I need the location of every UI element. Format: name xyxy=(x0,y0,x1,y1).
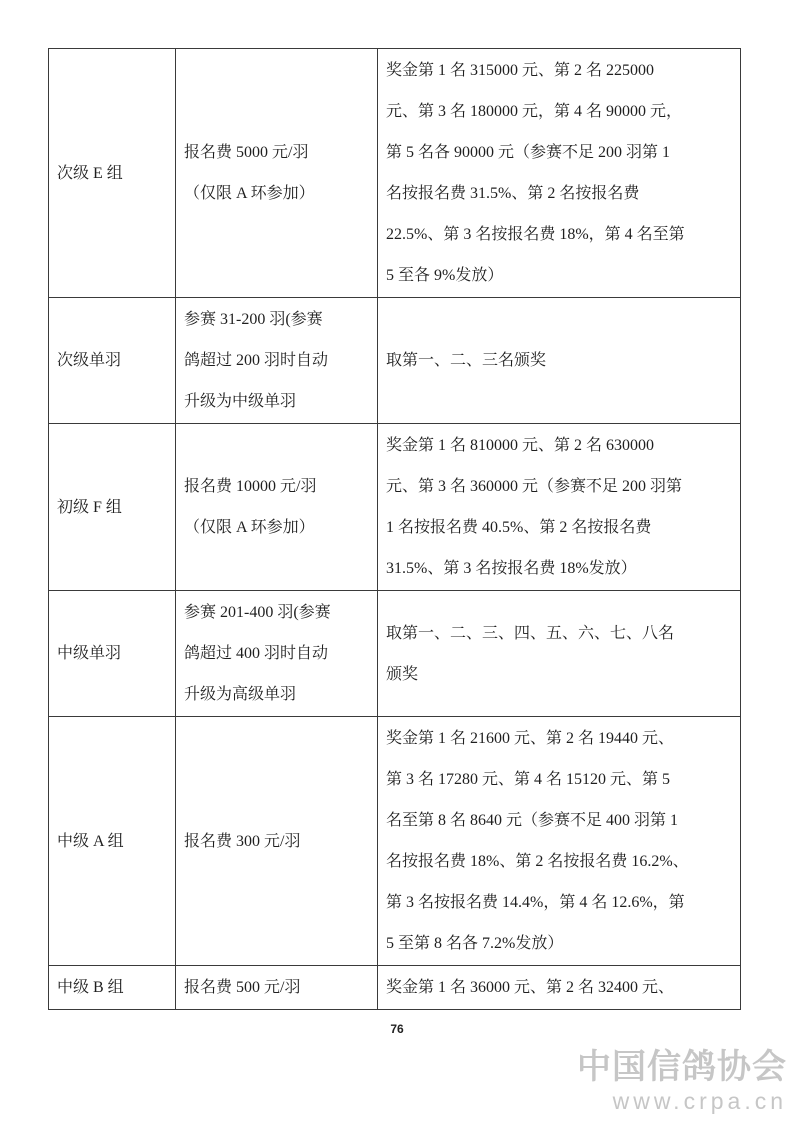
entry-fee-cell: 报名费 500 元/羽 xyxy=(176,966,378,1010)
prize-details-cell: 奖金第 1 名 810000 元、第 2 名 630000 元、第 3 名 36… xyxy=(378,424,741,591)
entry-fee: 报名费 500 元/羽 xyxy=(184,979,300,996)
prize-details: 奖金第 1 名 36000 元、第 2 名 32400 元、 xyxy=(386,979,674,996)
prize-details-cell: 取第一、二、三名颁奖 xyxy=(378,298,741,424)
entry-fee: 报名费 10000 元/羽 （仅限 A 环参加） xyxy=(184,478,316,536)
entry-fee: 报名费 5000 元/羽 （仅限 A 环参加） xyxy=(184,144,315,202)
entry-fee: 参赛 201-400 羽(参赛 鸽超过 400 羽时自动 升级为高级单羽 xyxy=(184,604,331,703)
table-row: 次级 E 组 报名费 5000 元/羽 （仅限 A 环参加） 奖金第 1 名 3… xyxy=(49,49,741,298)
prize-details-cell: 奖金第 1 名 315000 元、第 2 名 225000 元、第 3 名 18… xyxy=(378,49,741,298)
prize-details: 取第一、二、三、四、五、六、七、八名 颁奖 xyxy=(386,625,674,683)
group-name: 中级单羽 xyxy=(57,645,121,662)
prize-details: 奖金第 1 名 315000 元、第 2 名 225000 元、第 3 名 18… xyxy=(386,62,685,284)
group-name-cell: 次级 E 组 xyxy=(49,49,176,298)
entry-fee: 参赛 31-200 羽(参赛 鸽超过 200 羽时自动 升级为中级单羽 xyxy=(184,311,328,410)
group-name: 中级 A 组 xyxy=(57,833,124,850)
group-name: 次级单羽 xyxy=(57,352,121,369)
prize-table: 次级 E 组 报名费 5000 元/羽 （仅限 A 环参加） 奖金第 1 名 3… xyxy=(48,48,741,1010)
entry-fee: 报名费 300 元/羽 xyxy=(184,833,300,850)
table-row: 初级 F 组 报名费 10000 元/羽 （仅限 A 环参加） 奖金第 1 名 … xyxy=(49,424,741,591)
group-name: 中级 B 组 xyxy=(57,979,124,996)
watermark-title: 中国信鸽协会 xyxy=(577,1050,787,1086)
table-row: 中级 B 组 报名费 500 元/羽 奖金第 1 名 36000 元、第 2 名… xyxy=(49,966,741,1010)
entry-fee-cell: 参赛 31-200 羽(参赛 鸽超过 200 羽时自动 升级为中级单羽 xyxy=(176,298,378,424)
table-row: 中级单羽 参赛 201-400 羽(参赛 鸽超过 400 羽时自动 升级为高级单… xyxy=(49,591,741,717)
group-name-cell: 中级单羽 xyxy=(49,591,176,717)
table-row: 次级单羽 参赛 31-200 羽(参赛 鸽超过 200 羽时自动 升级为中级单羽… xyxy=(49,298,741,424)
prize-details-cell: 奖金第 1 名 21600 元、第 2 名 19440 元、 第 3 名 172… xyxy=(378,717,741,966)
entry-fee-cell: 报名费 10000 元/羽 （仅限 A 环参加） xyxy=(176,424,378,591)
watermark-url: www.crpa.cn xyxy=(577,1089,787,1113)
prize-details-cell: 取第一、二、三、四、五、六、七、八名 颁奖 xyxy=(378,591,741,717)
group-name-cell: 中级 B 组 xyxy=(49,966,176,1010)
group-name: 初级 F 组 xyxy=(57,499,122,516)
entry-fee-cell: 报名费 5000 元/羽 （仅限 A 环参加） xyxy=(176,49,378,298)
page-number: 76 xyxy=(0,1022,794,1036)
prize-details: 取第一、二、三名颁奖 xyxy=(386,352,546,369)
entry-fee-cell: 参赛 201-400 羽(参赛 鸽超过 400 羽时自动 升级为高级单羽 xyxy=(176,591,378,717)
prize-details: 奖金第 1 名 810000 元、第 2 名 630000 元、第 3 名 36… xyxy=(386,437,682,577)
prize-details-cell: 奖金第 1 名 36000 元、第 2 名 32400 元、 xyxy=(378,966,741,1010)
entry-fee-cell: 报名费 300 元/羽 xyxy=(176,717,378,966)
group-name: 次级 E 组 xyxy=(57,165,123,182)
prize-table-container: 次级 E 组 报名费 5000 元/羽 （仅限 A 环参加） 奖金第 1 名 3… xyxy=(48,48,741,1010)
table-row: 中级 A 组 报名费 300 元/羽 奖金第 1 名 21600 元、第 2 名… xyxy=(49,717,741,966)
prize-details: 奖金第 1 名 21600 元、第 2 名 19440 元、 第 3 名 172… xyxy=(386,730,689,952)
group-name-cell: 次级单羽 xyxy=(49,298,176,424)
group-name-cell: 中级 A 组 xyxy=(49,717,176,966)
watermark: 中国信鸽协会 www.crpa.cn xyxy=(577,1050,787,1113)
group-name-cell: 初级 F 组 xyxy=(49,424,176,591)
